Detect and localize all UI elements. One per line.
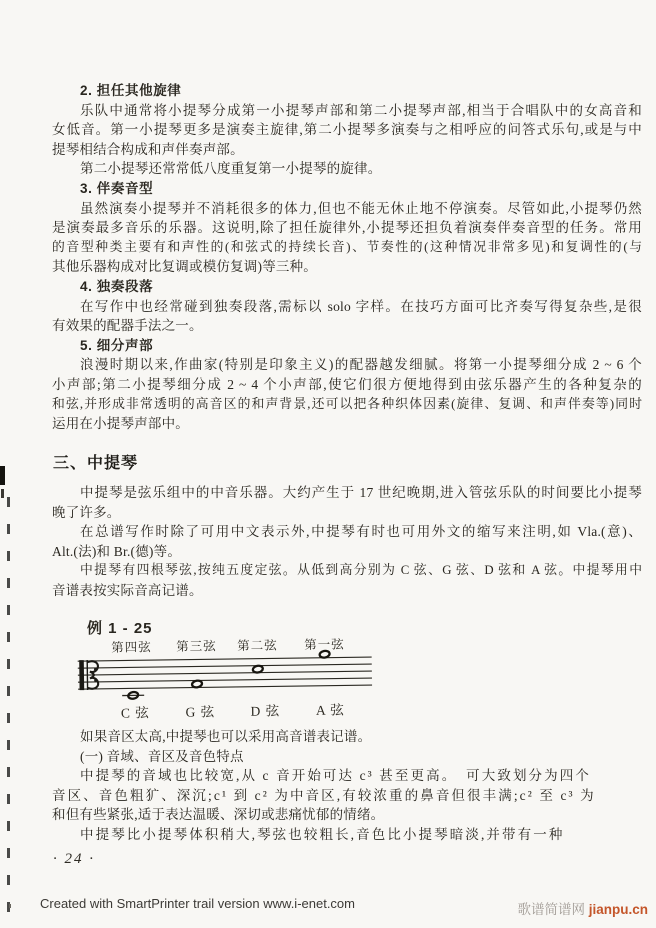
music-staff (0, 633, 471, 732)
scan-artifact-dot (9, 904, 11, 908)
string-label-bottom: D 弦 (250, 699, 280, 719)
violin-section-text: 2. 担任其他旋律 乐队中通常将小提琴分成第一小提琴声部和第二小提琴声部,相当于… (52, 81, 642, 434)
text-line: 有效果的配器手法之一。 (52, 316, 642, 336)
text-line: 在写作中也经常碰到独奏段落,需标以 solo 字样。在技巧方面可比齐奏写得复杂些… (52, 297, 642, 317)
section-heading: 三、中提琴 (53, 450, 138, 473)
staff-lines (78, 657, 372, 689)
music-example: 第四弦 第三弦 第二弦 第一弦 C 弦 G 弦 (0, 633, 471, 732)
text-line: 中提琴是弦乐组中的中音乐器。大约产生于 17 世纪晚期,进入管弦乐队的时间要比小… (52, 483, 642, 503)
page-number: · 24 · (53, 851, 95, 868)
string-label-bottom: A 弦 (316, 698, 345, 718)
text-line: 音谱表按实际音高记谱。 (52, 581, 642, 601)
text-line: 小声部;第二小提琴细分成 2 ~ 4 个小声部,使它们很方便地得到由弦乐器产生的… (52, 375, 642, 395)
string-label-bottom: C 弦 (121, 701, 150, 721)
subsection-heading: 5. 细分声部 (52, 336, 642, 356)
scanned-book-page: { "page": { "part1": [ "2. 担任其他旋律", "乐队中… (0, 0, 656, 928)
example-label: 例 1 - 25 (87, 617, 153, 638)
text-line: 和弦,并形成非常透明的高音区的和声背景,还可以把各种织体因素(旋律、复调、和声伴… (52, 395, 642, 415)
string-label-bottom: G 弦 (185, 700, 215, 720)
text-line: 和但有些紧张,适于表达温暖、深切或悲痛忧郁的情绪。 (52, 805, 642, 825)
text-line: 如果音区太高,中提琴也可以采用高音谱表记谱。 (52, 727, 642, 747)
subsection-heading: (一) 音域、音区及音色特点 (52, 747, 642, 767)
site-name: 歌谱简谱网 (517, 902, 585, 917)
scan-artifact-blob (0, 466, 5, 485)
text-line: 中提琴有四根琴弦,按纯五度定弦。从低到高分别为 C 弦、G 弦、D 弦和 A 弦… (52, 561, 642, 581)
text-line: 音区、音色粗犷、深沉;c¹ 到 c² 为中音区,有较浓重的鼻音但很丰满;c² 至… (52, 786, 642, 806)
viola-range-text: 如果音区太高,中提琴也可以采用高音谱表记谱。 (一) 音域、音区及音色特点 中提… (52, 727, 642, 845)
whole-note-G3 (191, 680, 202, 688)
text-line: 浪漫时期以来,作曲家(特别是印象主义)的配器越发细腻。将第一小提琴细分成 2 ~… (52, 355, 642, 375)
text-line: 提琴相结合构成和声伴奏声部。 (52, 140, 642, 160)
text-line: Alt.(法)和 Br.(德)等。 (52, 542, 642, 562)
text-line: 第二小提琴还常常低八度重复第一小提琴的旋律。 (52, 159, 642, 179)
subsection-heading: 3. 伴奏音型 (52, 179, 642, 199)
text-line: 中提琴比小提琴体积稍大,琴弦也较粗长,音色比小提琴暗淡,并带有一种 (52, 825, 642, 845)
whole-note-A4 (319, 650, 330, 658)
text-line: 是演奏最多音乐的乐器。这说明,除了担任旋律外,小提琴还担负着演奏伴奏音型的任务。… (52, 218, 642, 238)
text-line: 的音型种类主要有和声性的(和弦式的持续长音)、节奏性的(这种情况非常多见)和复调… (52, 238, 642, 258)
text-line: 乐队中通常将小提琴分成第一小提琴声部和第二小提琴声部,相当于合唱队中的女高音和 (52, 101, 642, 121)
text-line: 在总谱写作时除了可用中文表示外,中提琴有时也可用外文的缩写来注明,如 Vla.(… (52, 522, 642, 542)
scan-artifact-blob (1, 489, 4, 498)
text-line: 晚了许多。 (52, 503, 642, 523)
whole-note-D4 (252, 665, 263, 673)
viola-section-text: 中提琴是弦乐组中的中音乐器。大约产生于 17 世纪晚期,进入管弦乐队的时间要比小… (52, 483, 642, 601)
site-watermark: 歌谱简谱网 jianpu.cn (517, 898, 648, 918)
text-line: 中提琴的音域也比较宽,从 c 音开始可达 c³ 甚至更高。 可大致划分为四个 (52, 766, 642, 786)
subsection-heading: 4. 独奏段落 (52, 277, 642, 297)
printer-watermark: Created with SmartPrinter trail version … (40, 896, 355, 911)
whole-notes (127, 650, 331, 700)
site-url: jianpu.cn (589, 902, 648, 917)
text-line: 运用在小提琴声部中。 (52, 414, 642, 434)
text-line: 其他乐器构成对比复调或模仿复调)等三种。 (52, 257, 642, 277)
text-line: 女低音。第一小提琴更多是演奏主旋律,第二小提琴多演奏与之相呼应的问答式乐句,或是… (52, 120, 642, 140)
subsection-heading: 2. 担任其他旋律 (52, 81, 642, 101)
text-line: 虽然演奏小提琴并不消耗很多的体力,但也不能无休止地不停演奏。尽管如此,小提琴仍然 (52, 199, 642, 219)
